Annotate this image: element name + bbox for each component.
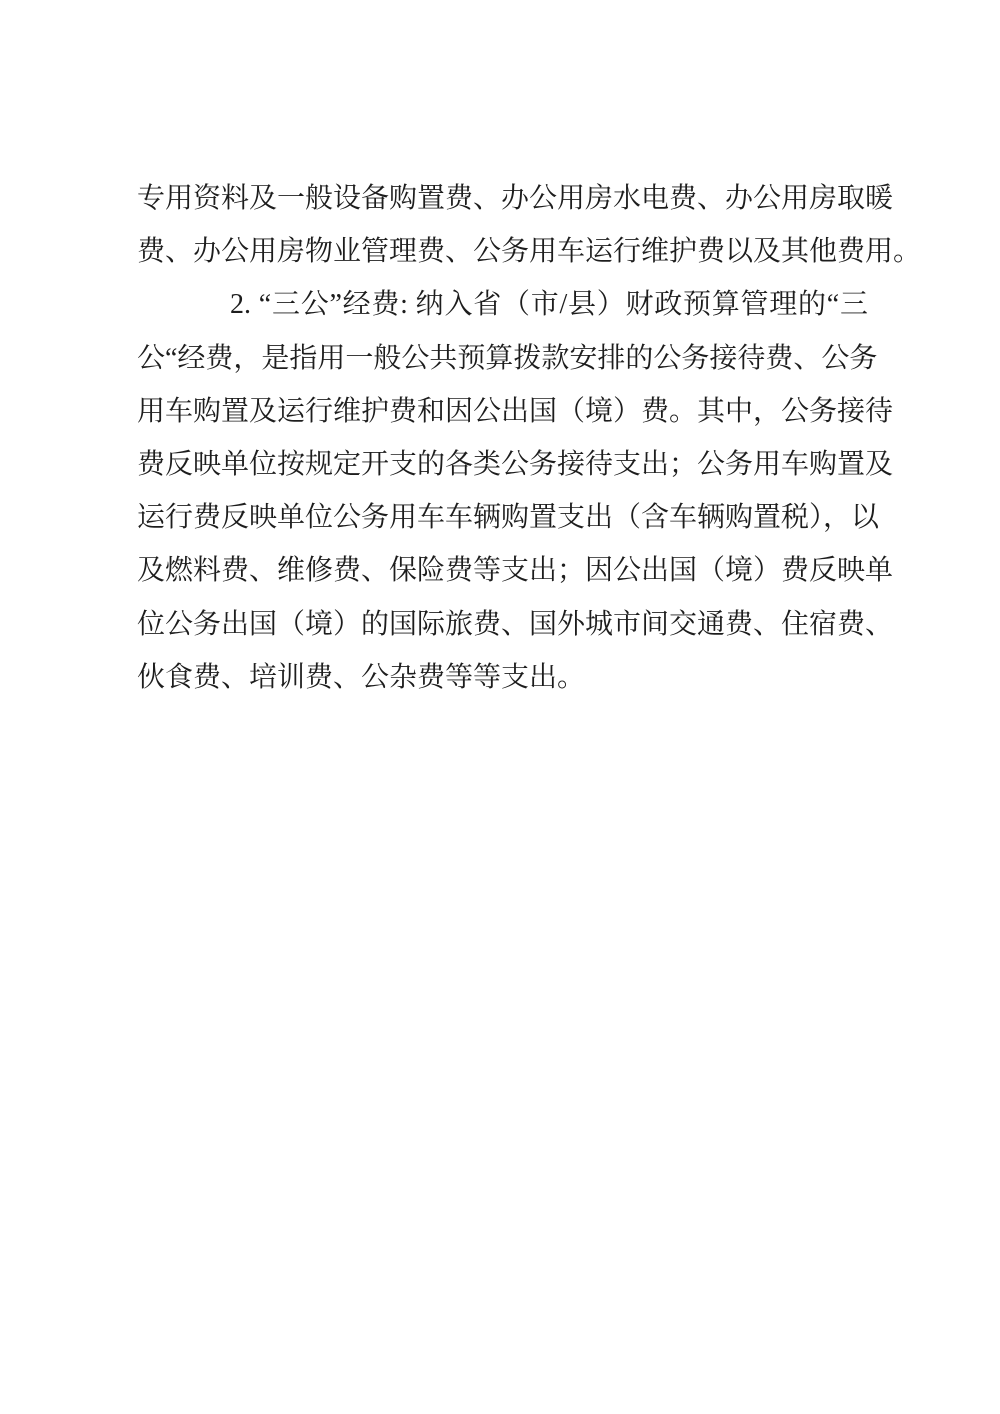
text-line: 运行费反映单位公务用车车辆购置支出（含车辆购置税），以 [137, 491, 868, 544]
document-page: 专用资料及一般设备购置费、办公用房水电费、办公用房取暖 费、办公用房物业管理费、… [0, 0, 1000, 1414]
body-text: 专用资料及一般设备购置费、办公用房水电费、办公用房取暖 费、办公用房物业管理费、… [137, 172, 868, 704]
text-line: 及燃料费、维修费、保险费等支出；因公出国（境）费反映单 [137, 544, 868, 597]
text-line: 位公务出国（境）的国际旅费、国外城市间交通费、住宿费、 [137, 598, 868, 651]
text-line: 费、办公用房物业管理费、公务用车运行维护费以及其他费用。 [137, 225, 868, 278]
text-line: 2. “三公”经费: 纳入省（市/县）财政预算管理的“三 [137, 278, 868, 331]
text-line: 费反映单位按规定开支的各类公务接待支出；公务用车购置及 [137, 438, 868, 491]
text-line: 公“经费，是指用一般公共预算拨款安排的公务接待费、公务 [137, 332, 868, 385]
text-line: 专用资料及一般设备购置费、办公用房水电费、办公用房取暖 [137, 172, 868, 225]
text-line: 伙食费、培训费、公杂费等等支出。 [137, 651, 868, 704]
text-line: 用车购置及运行维护费和因公出国（境）费。其中，公务接待 [137, 385, 868, 438]
